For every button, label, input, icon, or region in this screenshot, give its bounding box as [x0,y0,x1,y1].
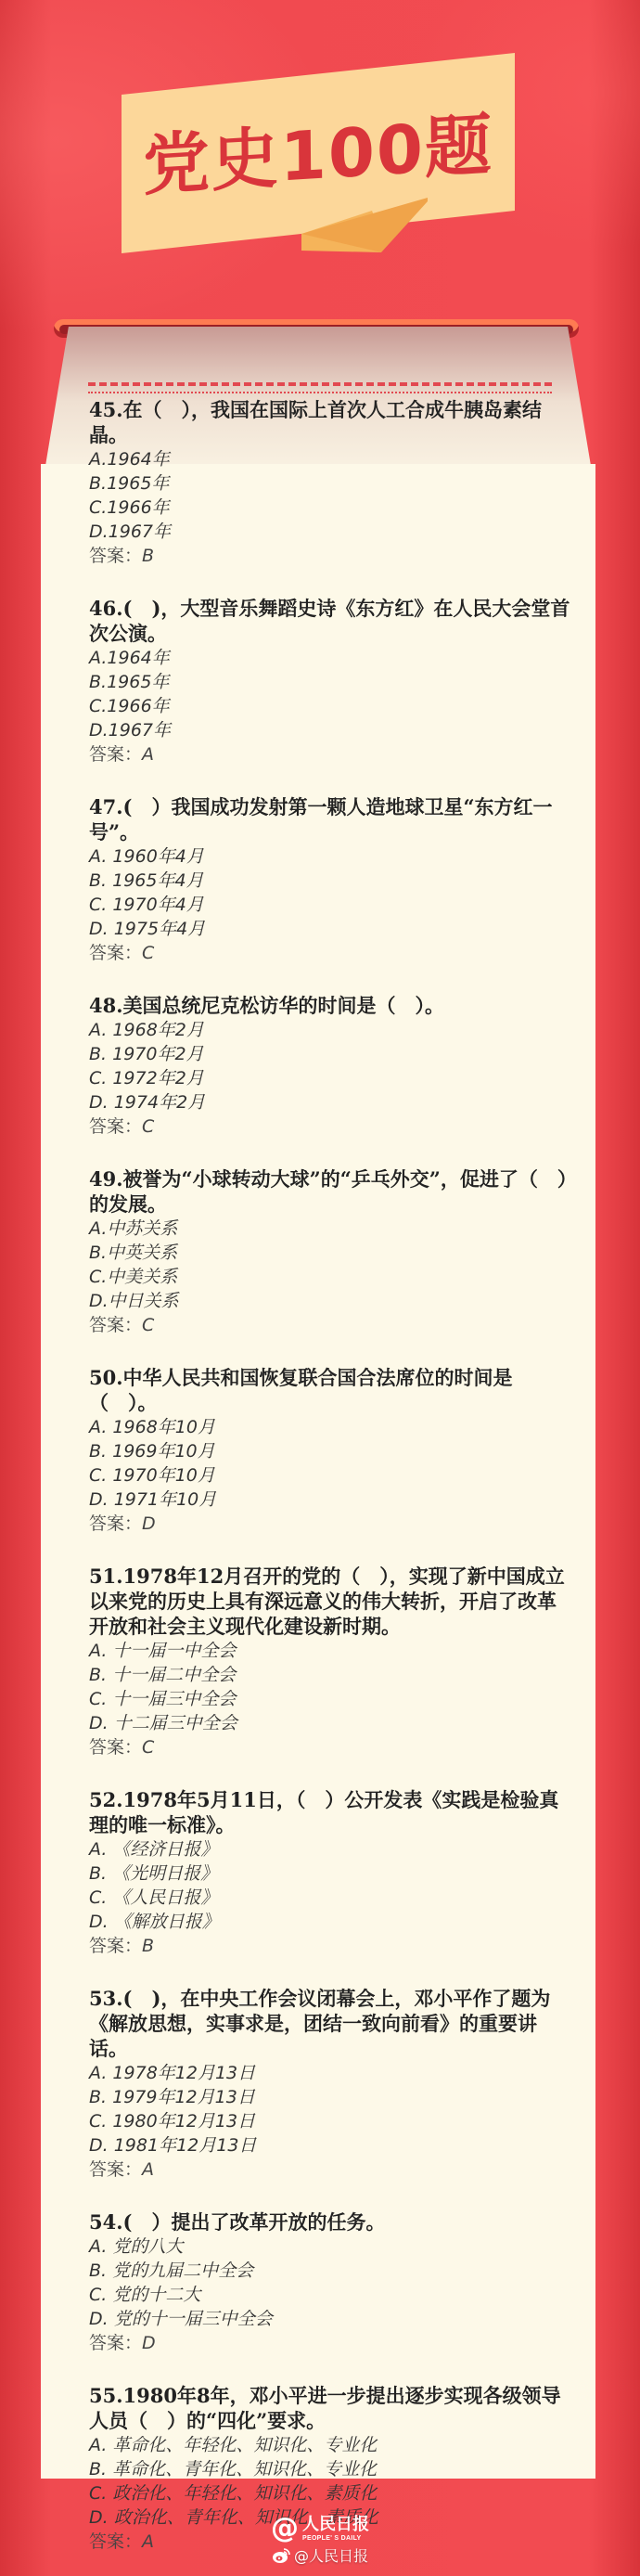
answer-value: C [142,943,154,963]
answer-label: 答案： [89,546,142,566]
answer-option: C. 政治化、年轻化、知识化、素质化 [89,2481,571,2505]
answer-option: C.1966年 [89,496,571,520]
answer-option: D. 1971年10月 [89,1488,571,1512]
answer-option: A.中苏关系 [89,1217,571,1241]
answer-value: D [142,2333,156,2353]
question-text: 48.美国总统尼克松访华的时间是（ ）。 [89,993,571,1018]
title-banner: 党史100题 [122,53,515,253]
question-text: 47.( ）我国成功发射第一颗人造地球卫星“东方红一号”。 [89,794,571,844]
question-text: 49.被誉为“小球转动大球”的“乒乓外交”，促进了（ ）的发展。 [89,1166,571,1217]
answer-value: D [142,1513,156,1534]
answer-line: 答案：C [89,941,571,965]
answer-label: 答案： [89,1737,142,1758]
answer-value: A [142,744,154,765]
answer-label: 答案： [89,943,142,963]
answer-option: A. 十一届一中全会 [89,1639,571,1663]
answer-option: A. 党的八大 [89,2235,571,2259]
question-item: 49.被誉为“小球转动大球”的“乒乓外交”，促进了（ ）的发展。A.中苏关系B.… [89,1166,571,1337]
question-item: 53.( )，在中央工作会议闭幕会上，邓小平作了题为《解放思想，实事求是，团结一… [89,1986,571,2182]
answer-label: 答案： [89,2333,142,2353]
answer-option: A. 1978年12月13日 [89,2061,571,2085]
question-text: 45.在（ ），我国在国际上首次人工合成牛胰岛素结晶。 [89,397,571,447]
answer-option: D. 1974年2月 [89,1090,571,1114]
answer-option: B. 革命化、青年化、知识化、专业化 [89,2457,571,2481]
answer-option: B. 党的九届二中全会 [89,2259,571,2283]
answer-label: 答案： [89,1116,142,1137]
answer-label: 答案： [89,2159,142,2180]
question-text: 52.1978年5月11日，（ ）公开发表《实践是检验真理的唯一标准》。 [89,1787,571,1837]
answer-option: D.1967年 [89,718,571,742]
question-text: 53.( )，在中央工作会议闭幕会上，邓小平作了题为《解放思想，实事求是，团结一… [89,1986,571,2061]
question-item: 45.在（ ），我国在国际上首次人工合成牛胰岛素结晶。A.1964年B.1965… [89,397,571,568]
footer: @ 人民日报 PEOPLE' S DAILY @人民日报 [0,2515,640,2566]
question-item: 54.( ）提出了改革开放的任务。A. 党的八大B. 党的九届二中全会C. 党的… [89,2209,571,2355]
logo-at-icon: @ [271,2515,299,2543]
answer-label: 答案： [89,1936,142,1956]
answer-value: B [142,546,154,566]
answer-option: B. 1970年2月 [89,1042,571,1066]
answer-value: C [142,1737,154,1758]
dotted-divider [88,392,552,393]
peoples-daily-logo: @ 人民日报 PEOPLE' S DAILY [0,2515,640,2543]
answer-option: A. 1968年2月 [89,1018,571,1042]
answer-option: B. 十一届二中全会 [89,1663,571,1687]
answer-option: B. 1969年10月 [89,1439,571,1463]
question-text: 55.1980年8年，邓小平进一步提出逐步实现各级领导人员（ ）的“四化”要求。 [89,2383,571,2433]
answer-label: 答案： [89,1315,142,1335]
answer-option: C.中美关系 [89,1265,571,1289]
answer-option: D.中日关系 [89,1289,571,1313]
answer-option: A.1964年 [89,646,571,670]
logo-english-name: PEOPLE' S DAILY [302,2534,369,2543]
question-text: 51.1978年12月召开的党的（ ），实现了新中国成立以来党的历史上具有深远意… [89,1564,571,1639]
answer-line: 答案：B [89,1934,571,1958]
answer-line: 答案：C [89,1313,571,1337]
answer-option: B. 《光明日报》 [89,1861,571,1886]
logo-chinese-name: 人民日报 [302,2516,369,2534]
answer-option: C.1966年 [89,694,571,718]
answer-option: D. 1975年4月 [89,917,571,941]
answer-label: 答案： [89,744,142,765]
answer-option: B.中英关系 [89,1241,571,1265]
answer-line: 答案：D [89,1512,571,1536]
question-item: 46.( )，大型音乐舞蹈史诗《东方红》在人民大会堂首次公演。A.1964年B.… [89,596,571,766]
question-list: 45.在（ ），我国在国际上首次人工合成牛胰岛素结晶。A.1964年B.1965… [89,397,571,2576]
answer-option: C. 《人民日报》 [89,1886,571,1910]
weibo-watermark: @人民日报 [0,2544,640,2566]
question-text: 46.( )，大型音乐舞蹈史诗《东方红》在人民大会堂首次公演。 [89,596,571,646]
answer-option: A. 《经济日报》 [89,1837,571,1861]
answer-label: 答案： [89,1513,142,1534]
answer-value: C [142,1116,154,1137]
answer-option: D.1967年 [89,520,571,544]
answer-option: A. 1968年10月 [89,1415,571,1439]
answer-option: B. 1965年4月 [89,869,571,893]
answer-option: D. 1981年12月13日 [89,2133,571,2157]
answer-line: 答案：C [89,1735,571,1759]
answer-line: 答案：C [89,1114,571,1139]
answer-value: B [142,1936,154,1956]
answer-line: 答案：A [89,742,571,766]
answer-option: B.1965年 [89,471,571,496]
answer-line: 答案：B [89,544,571,568]
answer-option: C. 党的十二大 [89,2283,571,2307]
answer-option: A. 1960年4月 [89,844,571,869]
answer-option: C. 1980年12月13日 [89,2109,571,2133]
answer-option: B. 1979年12月13日 [89,2085,571,2109]
answer-option: D. 《解放日报》 [89,1910,571,1934]
answer-line: 答案：A [89,2157,571,2182]
weibo-handle: @人民日报 [294,2544,368,2566]
answer-value: C [142,1315,154,1335]
answer-option: D. 十二届三中全会 [89,1711,571,1735]
weibo-icon [272,2547,290,2564]
answer-option: B.1965年 [89,670,571,694]
question-text: 54.( ）提出了改革开放的任务。 [89,2209,571,2235]
question-item: 50.中华人民共和国恢复联合国合法席位的时间是（ ）。A. 1968年10月B.… [89,1365,571,1536]
question-item: 51.1978年12月召开的党的（ ），实现了新中国成立以来党的历史上具有深远意… [89,1564,571,1759]
answer-option: D. 党的十一届三中全会 [89,2307,571,2331]
question-item: 48.美国总统尼克松访华的时间是（ ）。A. 1968年2月B. 1970年2月… [89,993,571,1139]
answer-line: 答案：D [89,2331,571,2355]
answer-value: A [142,2159,154,2180]
question-item: 47.( ）我国成功发射第一颗人造地球卫星“东方红一号”。A. 1960年4月B… [89,794,571,965]
question-item: 52.1978年5月11日，（ ）公开发表《实践是检验真理的唯一标准》。A. 《… [89,1787,571,1958]
answer-option: C. 1970年4月 [89,893,571,917]
dashed-divider [88,382,552,386]
answer-option: A. 革命化、年轻化、知识化、专业化 [89,2433,571,2457]
answer-option: C. 十一届三中全会 [89,1687,571,1711]
answer-option: A.1964年 [89,447,571,471]
question-text: 50.中华人民共和国恢复联合国合法席位的时间是（ ）。 [89,1365,571,1415]
answer-option: C. 1970年10月 [89,1463,571,1488]
answer-option: C. 1972年2月 [89,1066,571,1090]
